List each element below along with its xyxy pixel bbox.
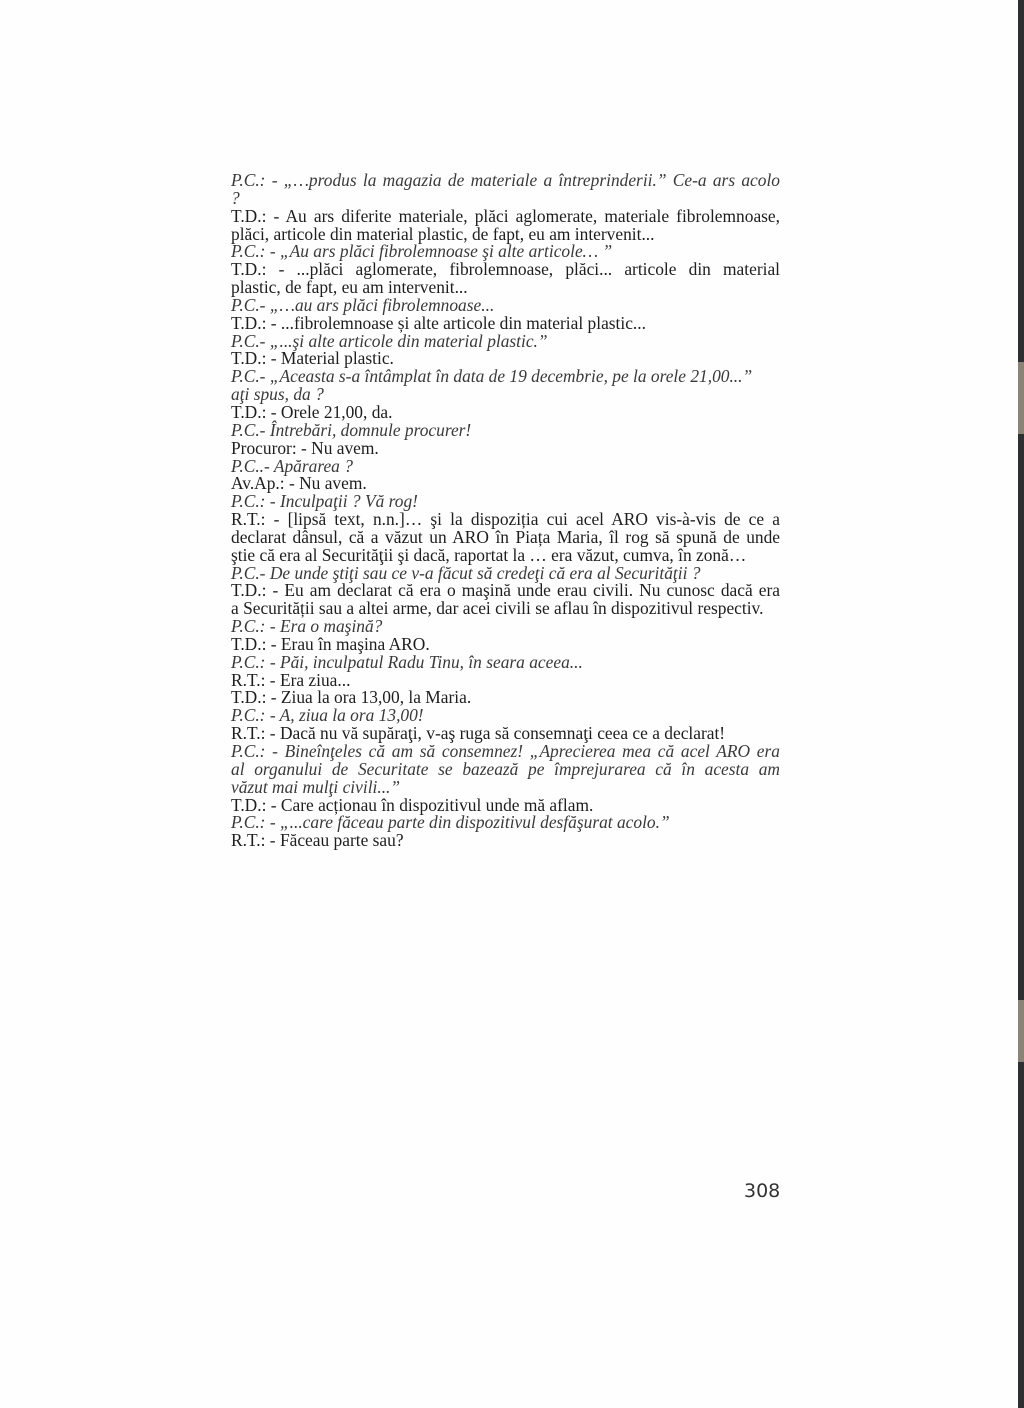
transcript-line: R.T.: - Făceau parte sau? [231,832,780,850]
transcript-line: ştie că era al Securităţii şi dacă, rapo… [231,547,780,565]
transcript-line: T.D.: - ...fibrolemnoase și alte articol… [231,315,780,333]
transcript-body: P.C.: - „…produs la magazia de materiale… [231,172,780,850]
edge-strip-light-segment [1018,362,1024,434]
transcript-line: T.D.: - Au ars diferite materiale, plăci… [231,208,780,226]
transcript-line-court-president: văzut mai mulţi civili...” [231,779,780,797]
transcript-line: Procuror: - Nu avem. [231,440,780,458]
edge-strip-light-segment [1018,1000,1024,1062]
scanner-edge-strip [1018,0,1024,1408]
page-number: 308 [744,1180,780,1202]
transcript-line-court-president: ? [231,190,780,208]
transcript-line-court-president: al organului de Securitate se bazează pe… [231,761,780,779]
transcript-line-court-president: P.C.: - Păi, inculpatul Radu Tinu, în se… [231,654,780,672]
transcript-line-court-president: P.C.- Întrebări, domnule procurer! [231,422,780,440]
transcript-line-court-president: P.C.: - „…produs la magazia de materiale… [231,172,780,190]
